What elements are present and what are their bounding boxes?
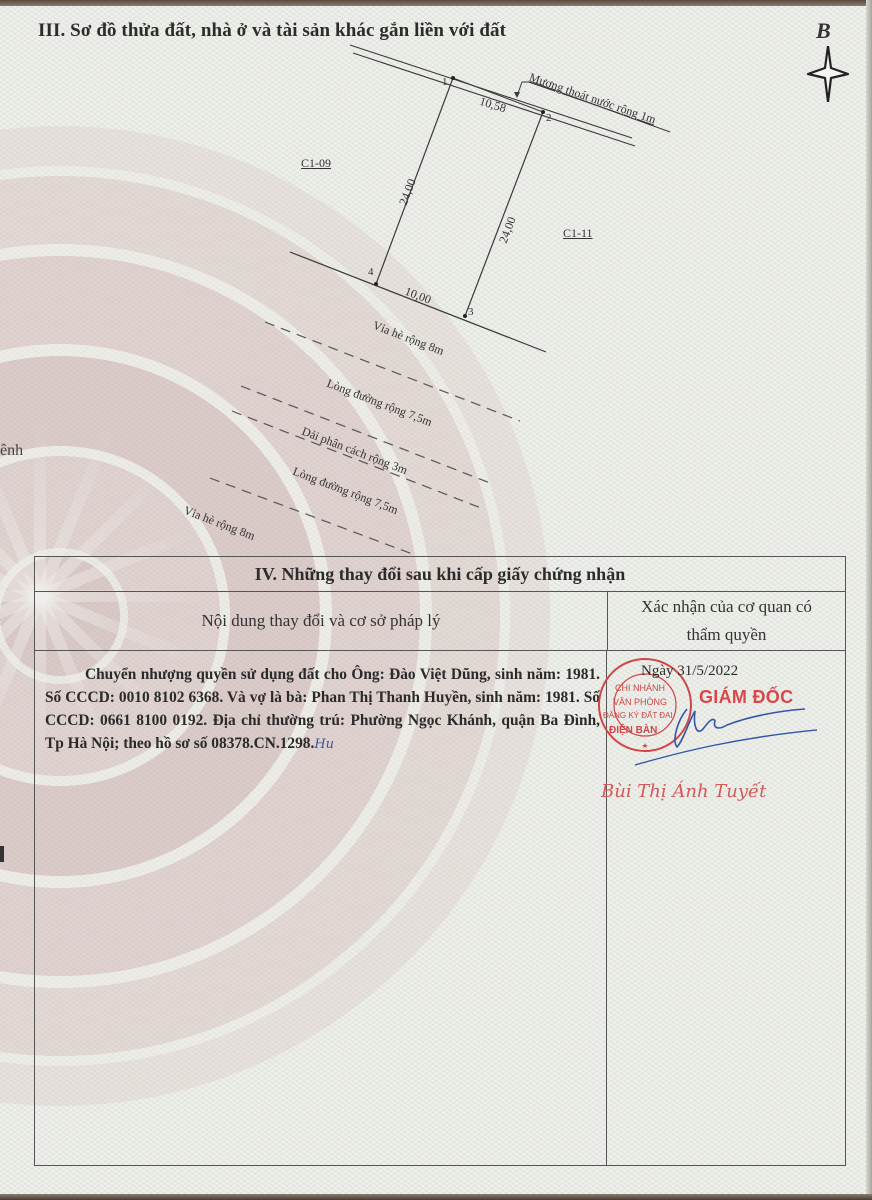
neighbor-parcel-right: C1-11 bbox=[563, 226, 593, 241]
point-3-label: 3 bbox=[468, 306, 474, 318]
left-page-mark bbox=[0, 846, 4, 862]
photo-bottom-edge bbox=[0, 1194, 872, 1200]
handwritten-initials: Hu bbox=[314, 737, 334, 752]
signer-name: Bùi Thị Ánh Tuyết bbox=[601, 781, 766, 802]
changes-table-header: Nội dung thay đổi và cơ sở pháp lý Xác n… bbox=[35, 592, 845, 651]
changes-table: IV. Những thay đổi sau khi cấp giấy chứn… bbox=[34, 556, 846, 1166]
change-description: Chuyển nhượng quyền sử dụng đất cho Ông:… bbox=[45, 663, 600, 756]
left-page-fragment: ênh bbox=[0, 442, 23, 460]
header-authority-confirmation: Xác nhận của cơ quan có thẩm quyền bbox=[608, 592, 845, 650]
confirmation-date: Ngày 31/5/2022 bbox=[641, 663, 738, 680]
section-iv-title: IV. Những thay đổi sau khi cấp giấy chứn… bbox=[35, 557, 845, 592]
point-4-label: 4 bbox=[368, 266, 374, 278]
authority-confirmation-cell: CHI NHÁNH VĂN PHÒNG ĐĂNG KÝ ĐẤT ĐAI ĐIỆN… bbox=[607, 651, 845, 1165]
plot-diagram bbox=[0, 0, 872, 560]
changes-table-row: Chuyển nhượng quyền sử dụng đất cho Ông:… bbox=[35, 651, 845, 1165]
point-2-label: 2 bbox=[546, 112, 552, 124]
change-content-cell: Chuyển nhượng quyền sử dụng đất cho Ông:… bbox=[35, 651, 607, 1165]
point-1-label: 1 bbox=[442, 76, 448, 88]
signature-icon bbox=[617, 681, 817, 771]
neighbor-parcel-left: C1-09 bbox=[301, 156, 331, 171]
header-change-content: Nội dung thay đổi và cơ sở pháp lý bbox=[35, 592, 608, 650]
